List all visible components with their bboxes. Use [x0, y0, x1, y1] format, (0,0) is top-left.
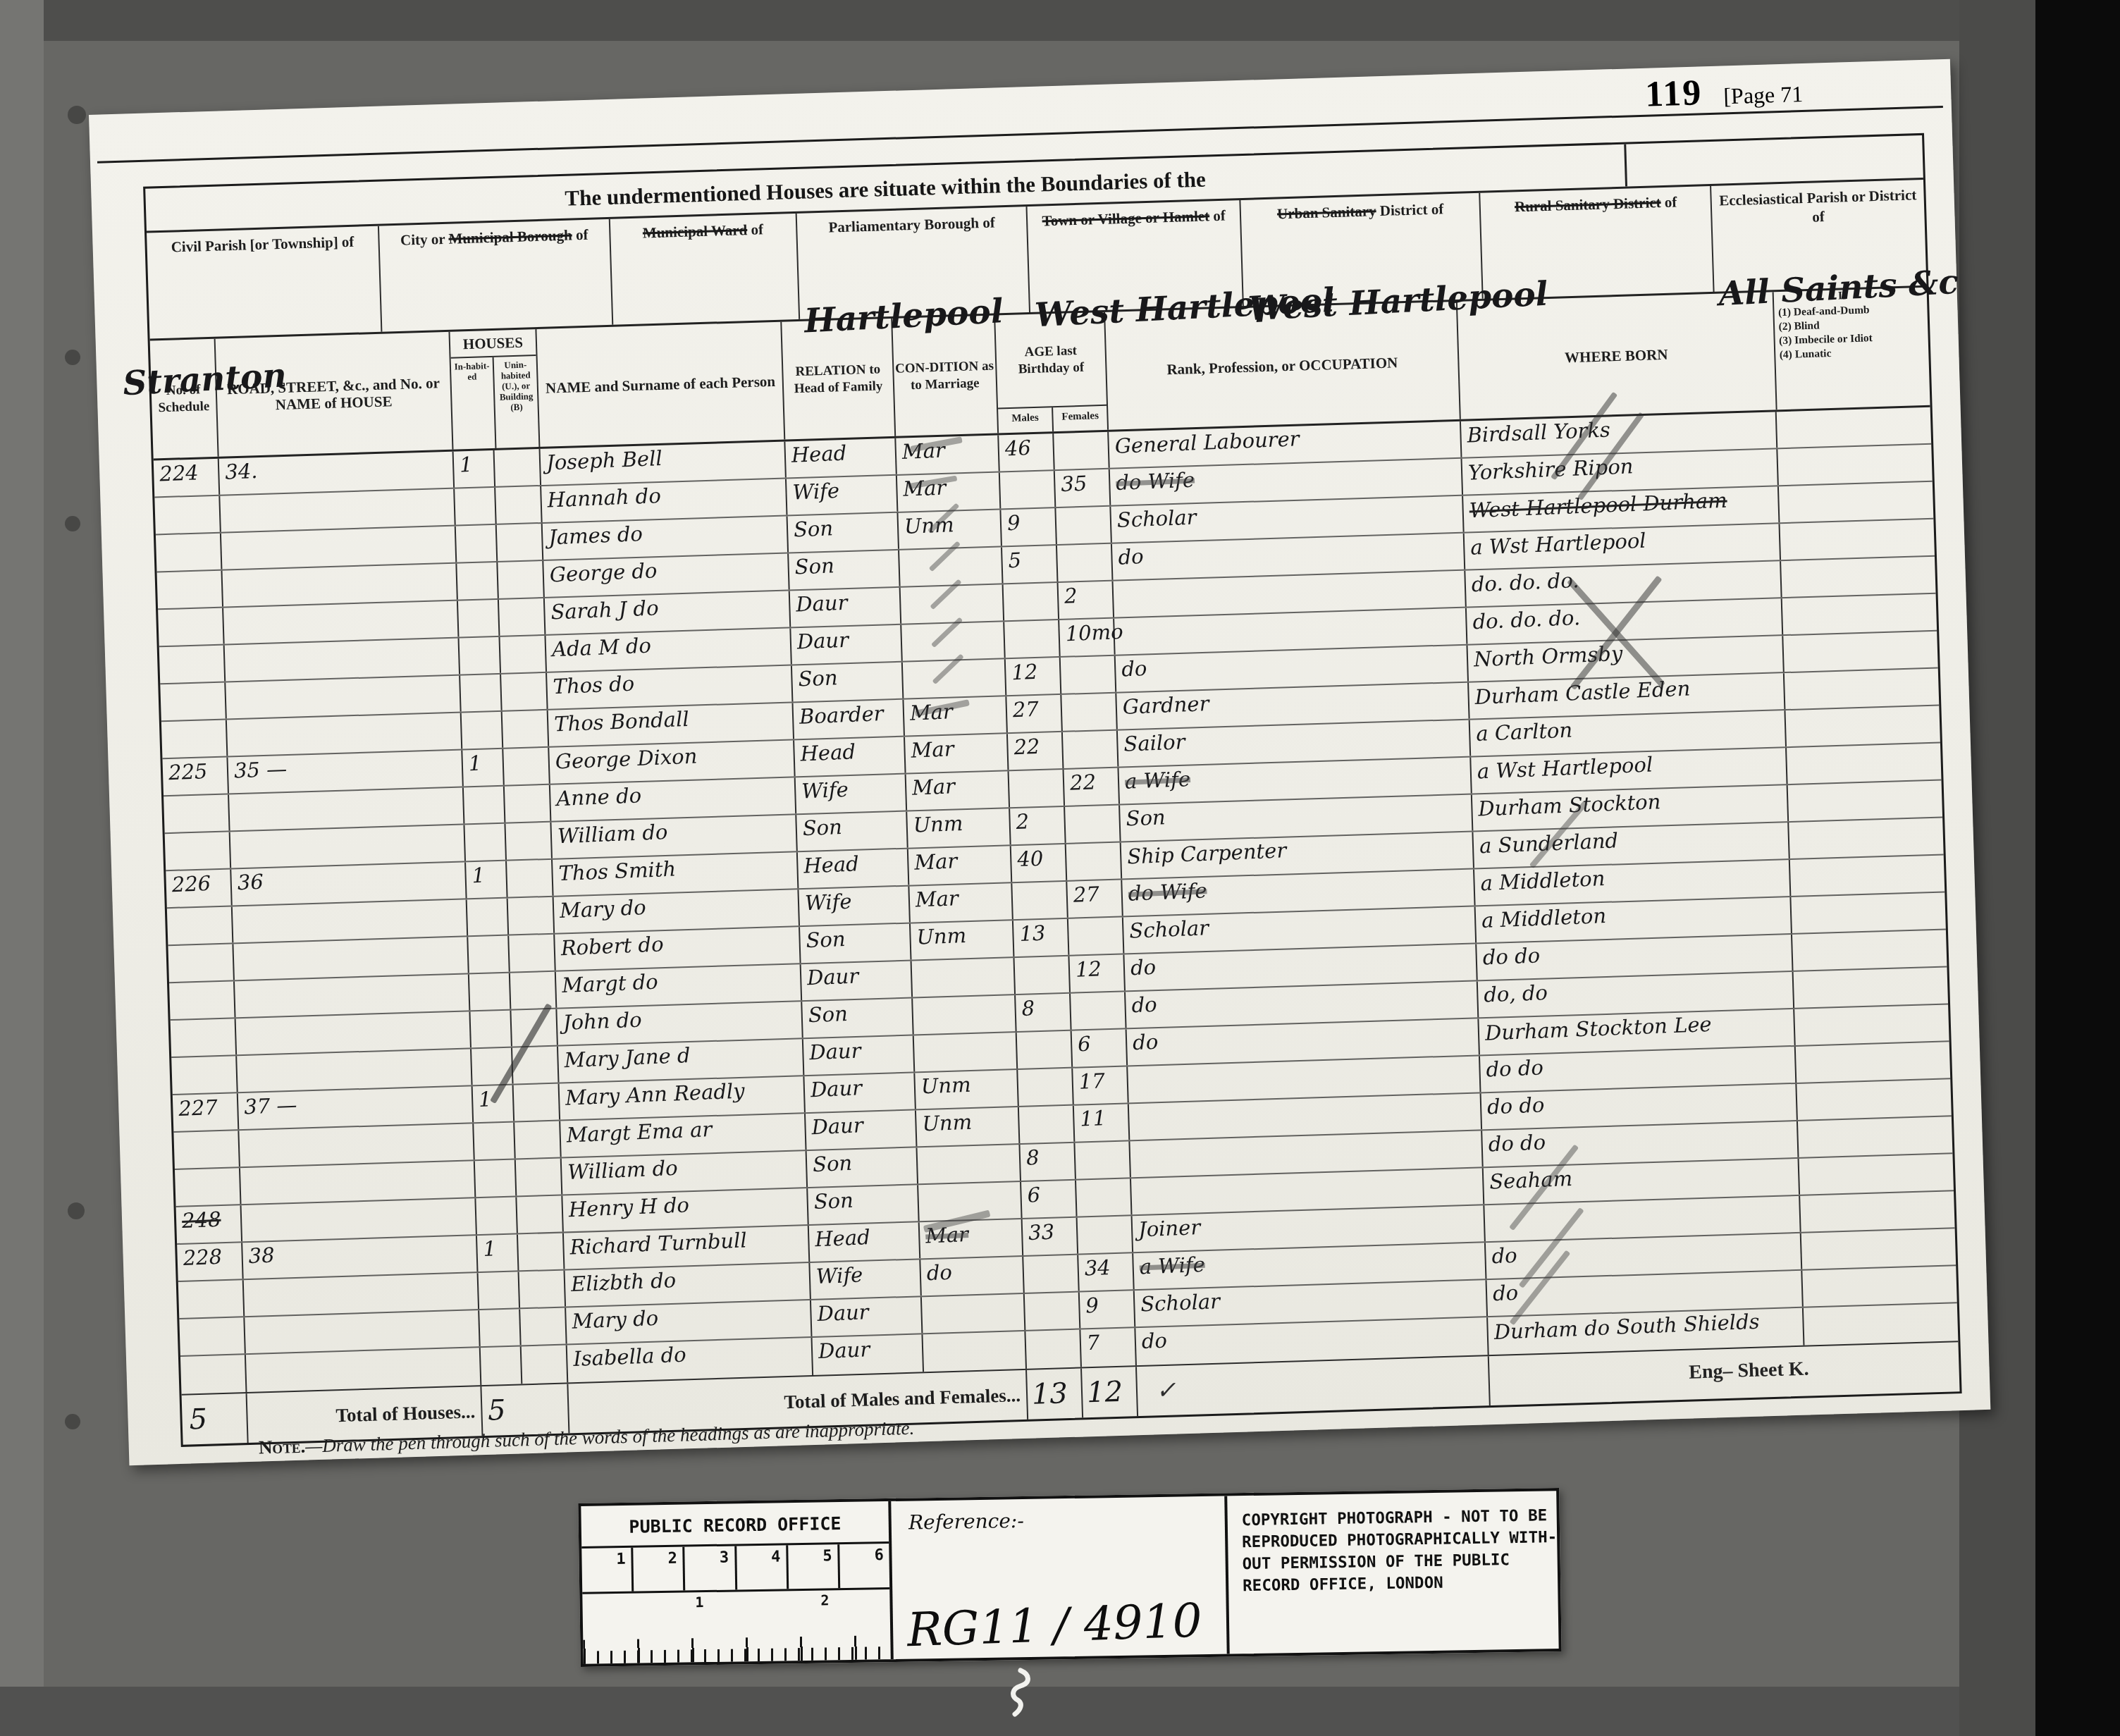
- cell-relation: Head: [784, 438, 896, 478]
- cell-value: 27: [1012, 697, 1039, 722]
- cell-f: 35: [1054, 469, 1110, 507]
- cell-schedule: [180, 1355, 245, 1394]
- cell-value: Joiner: [1138, 1215, 1201, 1242]
- cell-uninh: [493, 449, 540, 486]
- cell-name: William do: [560, 1151, 806, 1194]
- cell-value: Anne do: [556, 783, 642, 811]
- cell-value: do: [1118, 544, 1144, 569]
- cell-f: [1060, 694, 1116, 731]
- cell-schedule: [164, 795, 228, 833]
- cell-m: 33: [1021, 1218, 1078, 1255]
- ruler-number: 6: [837, 1544, 889, 1588]
- cell-inh: [455, 562, 498, 600]
- cell-value: Daur: [796, 591, 848, 617]
- cell-dis: [1786, 744, 1925, 784]
- cell-value: do: [1141, 1329, 1167, 1353]
- cell-value: Scholar: [1140, 1289, 1221, 1317]
- cell-value: do do: [1486, 1092, 1545, 1119]
- cell-schedule: 228: [177, 1243, 242, 1281]
- cell-dis: [1782, 632, 1922, 672]
- census-photograph: 119 [Page 71 The undermentioned Houses a…: [0, 0, 2120, 1736]
- cell-name: Sarah J do: [543, 591, 789, 634]
- totals-males-females-label: Total of Males and Females...: [569, 1384, 1026, 1419]
- cell-value: 22: [1069, 770, 1096, 794]
- hole-punch: [68, 106, 86, 124]
- col-header-houses: HOUSES In-habit-ed Unin-habited (U.), or…: [448, 329, 539, 450]
- cell-relation: Son: [801, 999, 912, 1038]
- cell-dis: [1788, 818, 1928, 858]
- cell-schedule: [158, 608, 223, 646]
- cell-m: [1018, 1106, 1074, 1143]
- cell-value: Thos Bondall: [554, 707, 690, 737]
- cell-inh: [474, 1198, 517, 1235]
- cell-schedule: 248: [176, 1205, 241, 1243]
- cell-inh: [453, 488, 495, 525]
- cell-value: 11: [1080, 1106, 1107, 1131]
- cell-inh: 1: [461, 749, 503, 787]
- cell-value: Son: [806, 927, 846, 952]
- cell-schedule: [157, 571, 222, 609]
- cell-value: 225: [168, 759, 208, 784]
- col-header-name: NAME and Surname of each Person: [536, 322, 784, 447]
- cell-value: Elizbth do: [571, 1268, 677, 1296]
- cell-value: do do: [1482, 943, 1541, 969]
- cell-value: Son: [1126, 805, 1166, 830]
- cell-inh: [457, 637, 500, 675]
- cell-value: Son: [802, 815, 842, 840]
- cell-value: Head: [803, 851, 860, 878]
- cell-value: 36: [237, 870, 264, 894]
- cell-relation: Daur: [789, 588, 900, 627]
- cell-relation: Son: [791, 663, 902, 702]
- cell-f: 6: [1071, 1029, 1127, 1066]
- cell-value: 2: [1064, 584, 1078, 608]
- cell-relation: Head: [796, 849, 908, 889]
- ruler-number-row: 123456: [581, 1541, 889, 1594]
- cell-value: a Middleton: [1480, 866, 1606, 895]
- boundary-field-value: All Saints &c: [1718, 273, 1959, 304]
- ruler-number: 3: [683, 1546, 735, 1590]
- cell-value: do: [1133, 1030, 1159, 1054]
- totals-checkmark: ✓: [1156, 1377, 1177, 1405]
- cell-m: [1011, 882, 1067, 919]
- cell-name: William do: [550, 815, 796, 858]
- cell-value: 10mo: [1065, 620, 1123, 646]
- ruler-sub-number: 1: [695, 1594, 703, 1611]
- cell-relation: Head: [793, 737, 904, 777]
- cell-value: Son: [794, 553, 834, 579]
- cell-schedule: [161, 720, 226, 758]
- cell-value: 9: [1085, 1293, 1099, 1318]
- cell-relation: Son: [796, 812, 907, 851]
- cell-value: Wife: [792, 479, 840, 505]
- cell-inh: [457, 600, 499, 637]
- cell-name: Thos do: [546, 665, 791, 708]
- cell-value: Son: [813, 1151, 853, 1176]
- cell-value: 8: [1021, 996, 1035, 1021]
- cell-condition: Mar: [904, 734, 1008, 772]
- cell-value: Scholar: [1129, 916, 1209, 943]
- cell-relation: Wife: [809, 1260, 920, 1299]
- cell-relation: Wife: [798, 887, 909, 926]
- page-number-box: [1624, 135, 1923, 187]
- cell-value: 2: [1016, 809, 1030, 834]
- disability-list: (1) Deaf-and-Dumb(2) Blind(3) Imbecile o…: [1774, 301, 1913, 364]
- cell-schedule: 225: [162, 758, 227, 796]
- table-body: 22434.1Joseph BellHeadMar46General Labou…: [154, 407, 1959, 1394]
- cell-m: [1022, 1255, 1078, 1293]
- cell-condition: Mar: [908, 883, 1012, 922]
- cell-value: Daur: [796, 628, 849, 654]
- cell-uninh: [502, 748, 549, 785]
- cell-value: 38: [248, 1243, 275, 1268]
- cell-value: 224: [159, 460, 199, 486]
- cell-value: 17: [1078, 1069, 1105, 1093]
- cell-value: 8: [1025, 1145, 1040, 1170]
- cell-value: 35: [1061, 472, 1087, 496]
- cell-value: Scholar: [1116, 505, 1197, 533]
- cell-f: [1052, 432, 1109, 469]
- cell-dis: [1801, 1267, 1941, 1307]
- cell-condition: [916, 1145, 1020, 1183]
- cell-dis: [1775, 407, 1915, 448]
- stamp-copyright-section: COPYRIGHT PHOTOGRAPH - NOT TO BEREPRODUC…: [1227, 1491, 1558, 1654]
- cell-relation: Daur: [803, 1073, 915, 1112]
- cell-relation: Daur: [810, 1297, 921, 1336]
- cell-relation: Boarder: [792, 700, 904, 739]
- cell-schedule: [156, 534, 221, 572]
- cell-uninh: [495, 524, 542, 561]
- cell-inh: [479, 1346, 521, 1385]
- cell-value: Margt do: [562, 970, 659, 997]
- cell-value: Son: [813, 1188, 853, 1214]
- cell-value: Unm: [916, 923, 966, 949]
- cell-dis: [1794, 1005, 1933, 1045]
- cell-road: [222, 601, 457, 644]
- cell-value: Wife: [816, 1262, 864, 1288]
- cell-name: Margt Ema ar: [559, 1114, 805, 1157]
- cell-value: 33: [1028, 1219, 1054, 1244]
- cell-value: 12: [1011, 660, 1038, 684]
- cell-inh: 1: [452, 450, 494, 488]
- cell-value: Daur: [818, 1337, 870, 1363]
- cell-f: 7: [1079, 1328, 1135, 1367]
- cell-value: do do: [1488, 1130, 1546, 1156]
- cell-relation: Wife: [785, 476, 896, 515]
- boundary-field: Municipal Ward of: [608, 214, 798, 325]
- cell-condition: Unm: [909, 921, 1013, 959]
- cancelled-schedule-number: 248: [181, 1207, 221, 1233]
- cell-f: 12: [1068, 954, 1125, 992]
- boundary-field-label: Parliamentary Borough of: [796, 212, 1027, 238]
- cell-name: Elizbth do: [564, 1263, 810, 1306]
- cell-uninh: [517, 1233, 564, 1271]
- cell-value: do: [1130, 955, 1157, 980]
- cell-value: Isabella do: [573, 1343, 687, 1371]
- cell-uninh: [498, 598, 545, 636]
- cell-value: 9: [1006, 511, 1021, 536]
- cell-m: 8: [1018, 1143, 1075, 1181]
- cell-dis: [1780, 557, 1920, 597]
- cell-f: [1064, 806, 1120, 843]
- cell-inh: [467, 936, 509, 973]
- cell-road: [245, 1348, 480, 1392]
- cell-m: 27: [1005, 695, 1061, 732]
- cell-dis: [1785, 706, 1924, 746]
- cell-inh: [460, 712, 502, 749]
- cell-value: do do: [1485, 1055, 1543, 1081]
- cell-condition: [920, 1294, 1025, 1333]
- cell-m: 12: [1004, 658, 1061, 695]
- cell-f: 34: [1077, 1253, 1133, 1291]
- cell-uninh: [498, 636, 546, 673]
- cell-uninh: [517, 1271, 565, 1308]
- cell-value: do. do. do.: [1472, 605, 1580, 634]
- cell-uninh: [513, 1121, 560, 1159]
- stamp-ruler-section: PUBLIC RECORD OFFICE 123456 1 2: [581, 1501, 894, 1664]
- cell-value: 40: [1016, 847, 1043, 871]
- cell-road: [240, 1198, 475, 1241]
- cell-schedule: [167, 906, 232, 944]
- cell-value: do Wife: [1128, 878, 1207, 905]
- cell-value: 227: [178, 1095, 218, 1121]
- cell-inh: [473, 1160, 515, 1198]
- cell-uninh: [496, 561, 543, 598]
- cell-schedule: [178, 1280, 243, 1318]
- cell-f: [1075, 1178, 1131, 1216]
- totals-females-value: 12: [1086, 1376, 1123, 1410]
- cell-value: Mar: [915, 886, 959, 911]
- cell-value: 1: [472, 863, 486, 888]
- cell-relation: Daur: [790, 625, 901, 665]
- cell-value: 46: [1004, 436, 1031, 460]
- hole-punch: [68, 1202, 85, 1219]
- cell-value: Mar: [911, 774, 955, 799]
- boundary-field-label: Town or Village or Hamlet of: [1028, 206, 1240, 231]
- cell-value: Mary Jane d: [564, 1043, 691, 1072]
- cell-value: Daur: [811, 1076, 863, 1102]
- cell-dis: [1794, 1042, 1934, 1083]
- cell-f: [1076, 1216, 1133, 1253]
- cell-name: Mary do: [565, 1300, 811, 1343]
- boundary-field: Civil Parish [or Township] ofStranton: [147, 226, 381, 339]
- cell-schedule: 227: [173, 1093, 238, 1131]
- cell-value: 1: [459, 453, 473, 477]
- cell-value: Sailor: [1123, 730, 1185, 756]
- public-record-office-stamp: PUBLIC RECORD OFFICE 123456 1 2 Referenc…: [578, 1488, 1561, 1667]
- totals-males-value: 13: [1031, 1377, 1068, 1411]
- copyright-line: RECORD OFFICE, LONDON: [1243, 1570, 1558, 1597]
- cell-value: Mar: [911, 737, 954, 762]
- cell-value: Mary Ann Readly: [565, 1078, 746, 1109]
- cell-m: [1003, 620, 1059, 658]
- cell-value: Robert do: [560, 932, 664, 960]
- hole-punch: [65, 350, 80, 365]
- cell-uninh: [505, 860, 553, 897]
- cell-m: [999, 471, 1055, 508]
- cell-schedule: [165, 832, 230, 870]
- cell-f: [1069, 992, 1126, 1029]
- cell-road: [238, 1124, 473, 1166]
- cell-name: John do: [556, 1002, 802, 1045]
- cell-name: George do: [543, 554, 789, 597]
- cell-f: [1054, 507, 1111, 544]
- boundary-field: Ecclesiastical Parish or District ofAll …: [1710, 180, 1926, 292]
- boundary-field: City or Municipal Borough of: [378, 219, 612, 332]
- cell-value: a Wst Hartlepool: [1469, 529, 1646, 560]
- cell-condition: Unm: [915, 1107, 1019, 1146]
- cell-m: 2: [1009, 807, 1065, 844]
- cell-inh: [462, 787, 505, 824]
- cell-dis: [1777, 445, 1916, 485]
- totals-houses-value: 5: [487, 1394, 506, 1427]
- col-header-females: Females: [1052, 406, 1107, 431]
- cell-inh: [454, 525, 496, 562]
- cell-road: [232, 937, 467, 980]
- cell-road: [242, 1273, 478, 1316]
- cell-value: Mary do: [572, 1306, 659, 1334]
- cell-f: [1073, 1141, 1130, 1178]
- disability-item: (4) Lunatic: [1780, 345, 1909, 362]
- cell-road: [220, 527, 455, 570]
- cell-dis: [1777, 482, 1917, 522]
- cell-m: 22: [1006, 732, 1063, 770]
- cell-uninh: [503, 785, 550, 823]
- cell-inh: [459, 675, 501, 712]
- cell-road: [239, 1161, 474, 1204]
- cell-road: 36: [230, 862, 465, 905]
- cell-road: [228, 788, 463, 831]
- cell-dis: [1787, 781, 1926, 821]
- cell-road: [233, 974, 469, 1017]
- cell-value: Daur: [817, 1300, 869, 1326]
- cell-road: 37 —: [237, 1086, 472, 1129]
- cell-condition: [912, 1033, 1016, 1071]
- cell-m: [1007, 770, 1064, 807]
- cell-value: Thos Smith: [558, 857, 677, 886]
- cell-road: [221, 564, 456, 607]
- cell-condition: Mar: [906, 846, 1011, 885]
- cell-value: Wife: [801, 777, 849, 804]
- cell-f: 22: [1063, 768, 1119, 806]
- cell-inh: [469, 1011, 511, 1048]
- stamp-office-title: PUBLIC RECORD OFFICE: [581, 1501, 889, 1546]
- cell-value: Ada M do: [552, 634, 652, 662]
- cell-value: 34: [1084, 1255, 1111, 1280]
- cell-value: do: [926, 1260, 952, 1285]
- reference-value: RG11 / 4910: [906, 1593, 1203, 1657]
- cell-relation: Wife: [794, 775, 906, 814]
- cell-name: Mary do: [553, 889, 799, 932]
- boundary-field-label: Civil Parish [or Township] of: [147, 232, 378, 258]
- cell-dis: [1798, 1155, 1937, 1195]
- cell-condition: [921, 1331, 1025, 1372]
- cell-m: [1016, 1069, 1073, 1106]
- cell-uninh: [500, 710, 548, 748]
- cell-road: [224, 676, 460, 719]
- cell-value: 5: [1008, 548, 1022, 572]
- boundary-field: Urban Sanitary District ofWest Hartlepoo…: [1239, 193, 1482, 306]
- film-scratch-mark: [999, 1668, 1042, 1717]
- ruler-tick-strip: 1 2: [582, 1589, 891, 1664]
- hole-punch: [65, 516, 80, 531]
- cell-schedule: 226: [166, 869, 230, 907]
- cell-uninh: [504, 823, 551, 860]
- cell-dis: [1779, 519, 1918, 560]
- cell-f: 2: [1057, 581, 1114, 619]
- cell-name: George Dixon: [548, 740, 794, 783]
- cell-value: John do: [563, 1007, 643, 1034]
- cell-m: 40: [1010, 844, 1066, 882]
- cell-value: Mary do: [560, 895, 647, 923]
- cell-value: Daur: [811, 1113, 863, 1139]
- cell-schedule: [179, 1317, 244, 1355]
- boundary-field-label: Urban Sanitary District of: [1241, 199, 1480, 225]
- cell-name: James do: [541, 517, 787, 560]
- cell-schedule: [171, 1056, 236, 1094]
- cell-value: 27: [1073, 882, 1099, 906]
- cell-road: 38: [241, 1236, 476, 1279]
- boundary-field-value: West Hartlepool: [1247, 285, 1548, 319]
- cell-f: [1059, 656, 1116, 694]
- cell-schedule: [175, 1168, 240, 1206]
- cell-dis: [1796, 1080, 1935, 1120]
- cell-name: Mary Ann Readly: [558, 1076, 804, 1119]
- cell-uninh: [507, 935, 555, 972]
- cell-value: George do: [549, 558, 658, 586]
- boundary-field-value: Stranton: [123, 366, 287, 393]
- cell-value: do: [1131, 992, 1157, 1017]
- cell-road: [235, 1049, 471, 1092]
- cell-f: 27: [1066, 880, 1122, 918]
- cell-value: a Wst Hartlepool: [1477, 753, 1653, 784]
- cell-dis: [1789, 856, 1928, 896]
- boundary-field-value: Hartlepool: [803, 302, 1004, 331]
- cell-road: [226, 713, 461, 756]
- cell-road: [223, 639, 458, 682]
- cell-dis: [1802, 1304, 1942, 1346]
- boundary-field-label: Rural Sanitary District of: [1481, 192, 1711, 218]
- cell-dis: [1790, 893, 1930, 933]
- ruler-number: 2: [631, 1547, 683, 1592]
- cell-relation: Son: [806, 1185, 918, 1224]
- cell-uninh: [506, 897, 553, 935]
- cell-dis: [1783, 669, 1923, 709]
- cell-value: do: [1492, 1281, 1518, 1305]
- cell-relation: Daur: [802, 1036, 913, 1076]
- cell-dis: [1791, 930, 1930, 971]
- cell-value: a Wife: [1125, 767, 1191, 794]
- cell-value: Margt Ema ar: [566, 1117, 713, 1147]
- cell-value: George Dixon: [555, 744, 698, 773]
- cell-value: do: [1491, 1243, 1517, 1268]
- cell-m: [1024, 1330, 1080, 1369]
- cell-road: [228, 825, 464, 868]
- photo-frame-bottom: [0, 1687, 2120, 1736]
- cell-uninh: [500, 673, 547, 710]
- cell-name: Margt do: [555, 964, 801, 1007]
- cell-name: Thos Bondall: [547, 703, 793, 746]
- cell-road: [218, 489, 454, 532]
- cell-f: 11: [1073, 1104, 1129, 1141]
- cell-relation: Daur: [804, 1110, 916, 1150]
- boundary-field-label: City or Municipal Borough of: [379, 225, 610, 251]
- cell-schedule: 224: [154, 459, 218, 497]
- cell-condition: Unm: [913, 1070, 1018, 1109]
- cell-value: Richard Turnbull: [569, 1228, 747, 1259]
- cell-value: Durham Stockton: [1477, 789, 1660, 820]
- cell-inh: [478, 1309, 520, 1346]
